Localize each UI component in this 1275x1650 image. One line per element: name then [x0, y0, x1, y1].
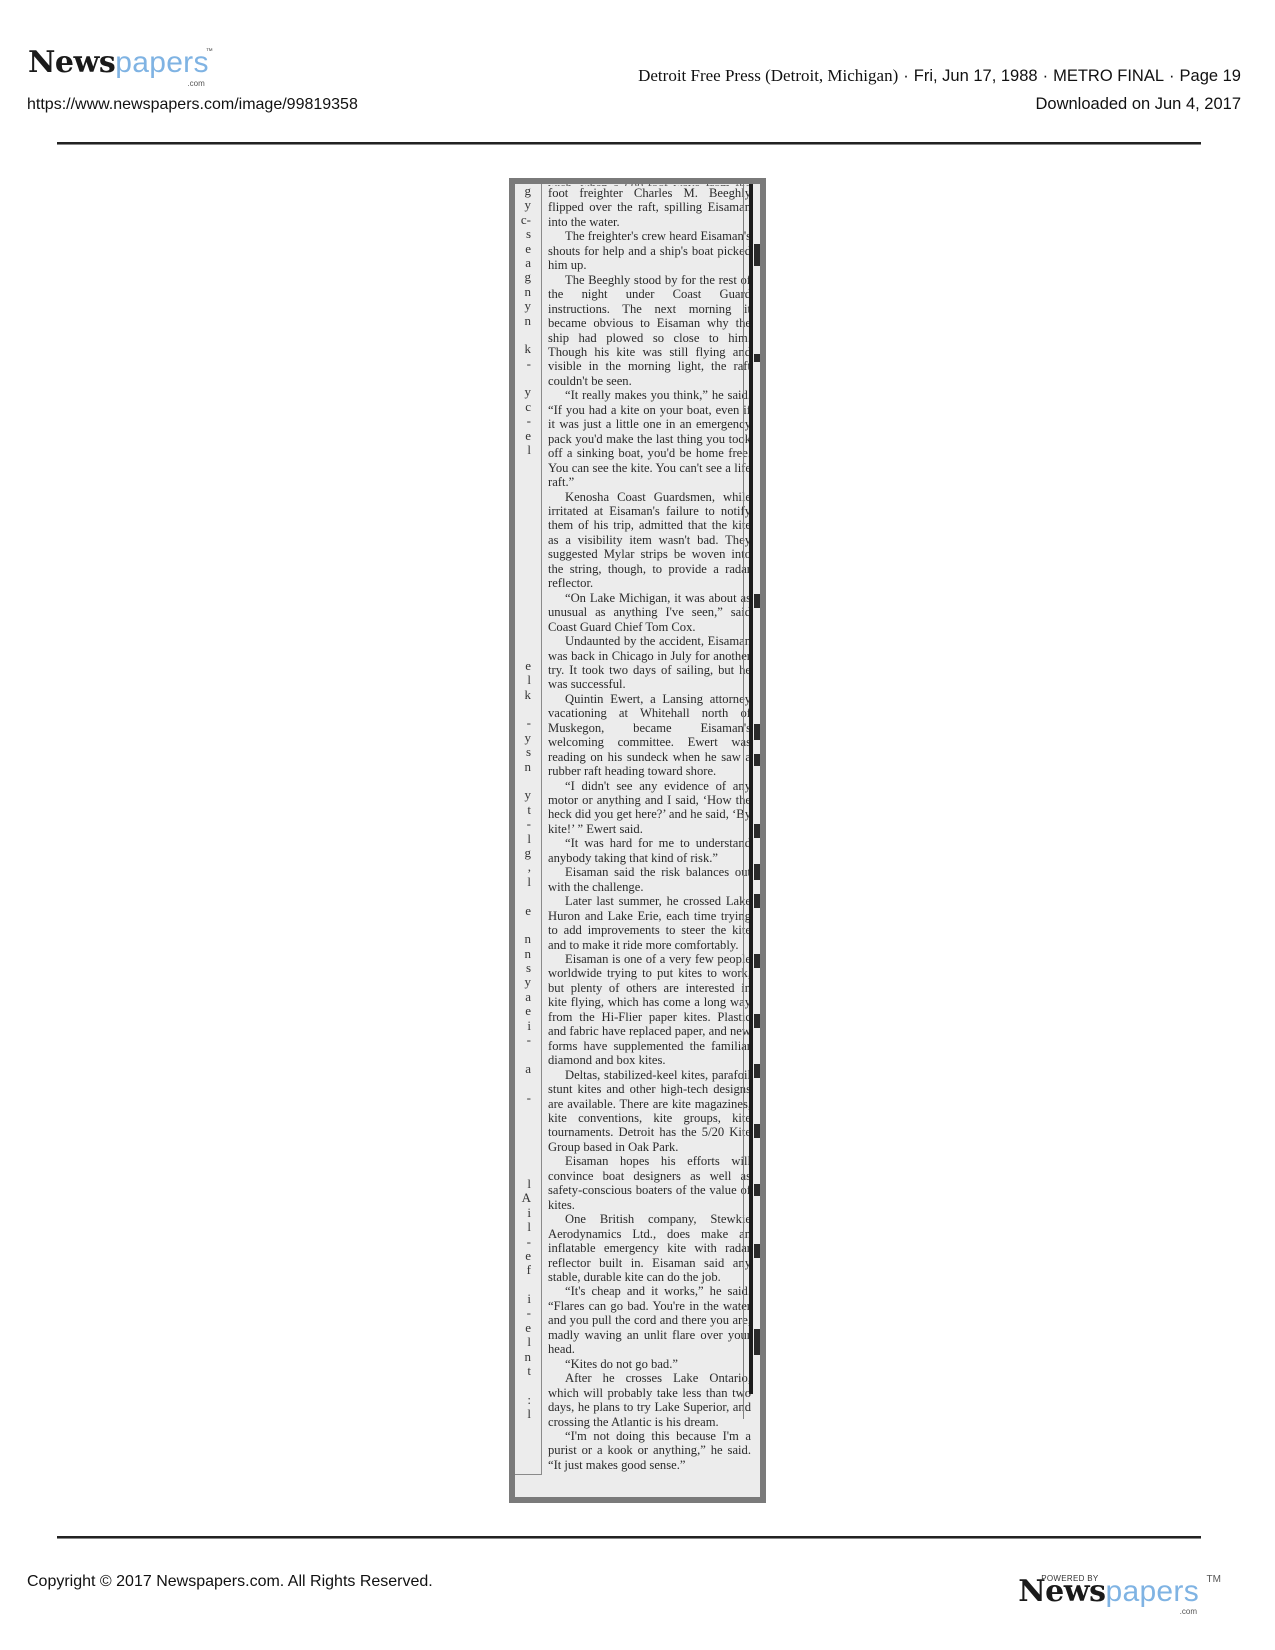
adjacent-column-fragment: c-	[515, 213, 541, 227]
adjacent-column-fragment	[515, 1076, 541, 1090]
adjacent-column-fragment: a	[515, 990, 541, 1004]
adjacent-column-fragment: l	[515, 673, 541, 687]
adjacent-column-fragment	[515, 529, 541, 543]
article-paragraph: “It was hard for me to understand anybod…	[548, 836, 751, 865]
adjacent-column-fragment: y	[515, 299, 541, 313]
article-paragraph: Deltas, stabilized-keel kites, parafoil …	[548, 1068, 751, 1155]
adjacent-column-fragment	[515, 486, 541, 500]
adjacent-column-fragment	[515, 616, 541, 630]
adjacent-column-fragment: n	[515, 285, 541, 299]
adjacent-column-fragment: y	[515, 385, 541, 399]
adjacent-column-fragment: l	[515, 1407, 541, 1421]
article-paragraph: Kenosha Coast Guardsmen, while irritated…	[548, 490, 751, 591]
adjacent-glyph	[754, 1124, 760, 1138]
adjacent-column-fragment: ,	[515, 860, 541, 874]
meta-separator: ·	[903, 67, 909, 85]
adjacent-column-fragment: e	[515, 904, 541, 918]
adjacent-column-fragment: n	[515, 932, 541, 946]
adjacent-column-fragment	[515, 1278, 541, 1292]
logo-papers-text: papers	[115, 46, 209, 80]
adjacent-column-fragment	[515, 1134, 541, 1148]
adjacent-glyph	[754, 244, 760, 266]
adjacent-column-fragment	[515, 918, 541, 932]
adjacent-column-fragment: s	[515, 961, 541, 975]
article-paragraph: One British company, Stewkie Aerodynamic…	[548, 1212, 751, 1284]
adjacent-glyph	[754, 1184, 760, 1196]
adjacent-column-fragment: -	[515, 414, 541, 428]
adjacent-column-right	[748, 184, 760, 1484]
adjacent-column-fragment	[515, 774, 541, 788]
adjacent-column-fragment: g	[515, 846, 541, 860]
copyright-notice: Copyright © 2017 Newspapers.com. All Rig…	[27, 1573, 433, 1591]
adjacent-column-fragment: l	[515, 875, 541, 889]
adjacent-column-fragment: i	[515, 1019, 541, 1033]
adjacent-column-fragment: -	[515, 1091, 541, 1105]
logo-news-text: News	[28, 46, 115, 80]
adjacent-column-fragment: l	[515, 1335, 541, 1349]
adjacent-column-fragment: g	[515, 184, 541, 198]
edition-label: METRO FINAL	[1053, 67, 1164, 85]
powered-by-newspapers-logo[interactable]: POWERED BY Newspapers .com TM	[1018, 1574, 1199, 1608]
logo-powered-by-text: POWERED BY	[1041, 1574, 1098, 1583]
adjacent-column-fragment: s	[515, 745, 541, 759]
column-rule-right	[743, 184, 744, 1419]
adjacent-column-fragment: i	[515, 1292, 541, 1306]
footer-divider	[57, 1536, 1201, 1539]
adjacent-glyph	[754, 1329, 760, 1355]
publication-name: Detroit Free Press (Detroit, Michigan)	[638, 66, 898, 85]
adjacent-glyph	[754, 954, 760, 968]
logo-dotcom-text: .com	[1180, 1607, 1197, 1616]
adjacent-column-fragment: l	[515, 443, 541, 457]
adjacent-glyph	[754, 894, 760, 908]
adjacent-column-fragment: k	[515, 342, 541, 356]
adjacent-column-fragment: y	[515, 975, 541, 989]
adjacent-column-fragment: y	[515, 788, 541, 802]
adjacent-column-border	[749, 184, 753, 1394]
publication-date: Fri, Jun 17, 1988	[914, 67, 1038, 85]
adjacent-column-fragment: f	[515, 1263, 541, 1277]
article-paragraph: Quintin Ewert, a Lansing attorney vacati…	[548, 692, 751, 779]
article-paragraph: “It really makes you think,” he said. “I…	[548, 388, 751, 489]
logo-tm-text: TM	[1207, 1574, 1221, 1585]
adjacent-column-fragment: -	[515, 1033, 541, 1047]
adjacent-column-fragment	[515, 702, 541, 716]
adjacent-column-fragment: e	[515, 1004, 541, 1018]
adjacent-column-fragment: e	[515, 429, 541, 443]
adjacent-column-fragment: s	[515, 227, 541, 241]
adjacent-glyph	[754, 824, 760, 838]
adjacent-glyph	[754, 754, 760, 766]
adjacent-glyph	[754, 354, 760, 362]
meta-separator: ·	[1043, 67, 1049, 85]
adjacent-column-fragment	[515, 1119, 541, 1133]
adjacent-column-fragment: t	[515, 1364, 541, 1378]
article-paragraph: Later last summer, he crossed Lake Huron…	[548, 894, 751, 952]
logo-tm-text: ™	[206, 48, 213, 55]
adjacent-column-fragment: y	[515, 731, 541, 745]
article-paragraph: The freighter's crew heard Eisaman's sho…	[548, 229, 751, 272]
adjacent-column-fragment	[515, 1105, 541, 1119]
article-paragraph: “On Lake Michigan, it was about as unusu…	[548, 591, 751, 634]
adjacent-column-fragment	[515, 630, 541, 644]
adjacent-column-fragment: e	[515, 1321, 541, 1335]
adjacent-column-fragment: n	[515, 947, 541, 961]
adjacent-column-fragment	[515, 645, 541, 659]
meta-separator: ·	[1169, 67, 1175, 85]
article-paragraph: After he crosses Lake Ontario, which wil…	[548, 1371, 751, 1429]
adjacent-column-fragment: -	[515, 1306, 541, 1320]
adjacent-column-fragment: -	[515, 817, 541, 831]
adjacent-glyph	[754, 1244, 760, 1258]
adjacent-column-fragment	[515, 558, 541, 572]
article-paragraph: “Kites do not go bad.”	[548, 1357, 751, 1371]
newspapers-logo[interactable]: Newspapers .com ™	[28, 44, 209, 80]
page-number: Page 19	[1180, 67, 1241, 85]
adjacent-column-fragment: e	[515, 1249, 541, 1263]
article-paragraph: Eisaman is one of a very few people worl…	[548, 952, 751, 1068]
adjacent-column-fragment: y	[515, 198, 541, 212]
adjacent-column-fragment: A	[515, 1191, 541, 1205]
adjacent-glyph	[754, 1014, 760, 1028]
adjacent-column-fragment: -	[515, 716, 541, 730]
adjacent-column-fragment	[515, 1163, 541, 1177]
adjacent-column-fragment: n	[515, 760, 541, 774]
article-paragraph: The Beeghly stood by for the rest of the…	[548, 273, 751, 389]
adjacent-column-fragment: l	[515, 832, 541, 846]
adjacent-column-fragment: a	[515, 256, 541, 270]
article-paragraph: Eisaman said the risk balances out with …	[548, 865, 751, 894]
adjacent-glyph	[754, 724, 760, 740]
article-paragraph: “I didn't see any evidence of any motor …	[548, 779, 751, 837]
article-paragraph: “It's cheap and it works,” he said. “Fla…	[548, 1284, 751, 1356]
adjacent-column-fragment: k	[515, 688, 541, 702]
adjacent-column-fragment	[515, 1148, 541, 1162]
article-paragraph: Eisaman hopes his efforts will convince …	[548, 1154, 751, 1212]
adjacent-column-fragment: -	[515, 1235, 541, 1249]
logo-dotcom-text: .com	[187, 79, 204, 88]
adjacent-column-fragment	[515, 587, 541, 601]
adjacent-column-fragment	[515, 515, 541, 529]
adjacent-column-fragment	[515, 457, 541, 471]
adjacent-column-left: gyc-seagnynk-yc-elelk-ysnyt-lg,lennsyaei…	[515, 184, 542, 1475]
adjacent-column-fragment	[515, 472, 541, 486]
adjacent-glyph	[754, 594, 760, 608]
adjacent-column-fragment: e	[515, 659, 541, 673]
adjacent-column-fragment: c	[515, 400, 541, 414]
adjacent-column-fragment	[515, 544, 541, 558]
adjacent-column-fragment: i	[515, 1206, 541, 1220]
adjacent-glyph	[754, 864, 760, 880]
article-paragraph: Undaunted by the accident, Eisaman was b…	[548, 634, 751, 692]
adjacent-column-fragment: -	[515, 357, 541, 371]
adjacent-column-fragment	[515, 1378, 541, 1392]
adjacent-column-fragment	[515, 601, 541, 615]
adjacent-column-fragment	[515, 501, 541, 515]
adjacent-column-fragment: n	[515, 1350, 541, 1364]
publication-meta: Detroit Free Press (Detroit, Michigan)·F…	[638, 66, 1241, 86]
article-body: wish, when a 600-foot wave from the 600-…	[548, 184, 751, 1472]
newspaper-clipping: gyc-seagnynk-yc-elelk-ysnyt-lg,lennsyaei…	[509, 178, 766, 1503]
adjacent-column-fragment	[515, 328, 541, 342]
article-paragraph: foot freighter Charles M. Beeghly flippe…	[548, 186, 751, 229]
clipping-paper: gyc-seagnynk-yc-elelk-ysnyt-lg,lennsyaei…	[515, 184, 760, 1497]
header-divider	[57, 142, 1201, 145]
adjacent-column-fragment	[515, 573, 541, 587]
logo-papers-text: papers	[1105, 1576, 1199, 1608]
download-date: Downloaded on Jun 4, 2017	[1036, 95, 1242, 114]
adjacent-column-fragment: g	[515, 270, 541, 284]
adjacent-column-fragment	[515, 371, 541, 385]
image-url-link[interactable]: https://www.newspapers.com/image/9981935…	[27, 96, 358, 114]
adjacent-column-fragment: l	[515, 1177, 541, 1191]
adjacent-column-fragment: t	[515, 803, 541, 817]
adjacent-glyph	[754, 1064, 760, 1078]
adjacent-column-fragment	[515, 1047, 541, 1061]
article-paragraph: “I'm not doing this because I'm a purist…	[548, 1429, 751, 1472]
adjacent-column-fragment: e	[515, 242, 541, 256]
adjacent-column-fragment	[515, 889, 541, 903]
adjacent-column-fragment: n	[515, 314, 541, 328]
adjacent-column-fragment: l	[515, 1220, 541, 1234]
adjacent-column-fragment: a	[515, 1062, 541, 1076]
adjacent-column-fragment: :	[515, 1393, 541, 1407]
